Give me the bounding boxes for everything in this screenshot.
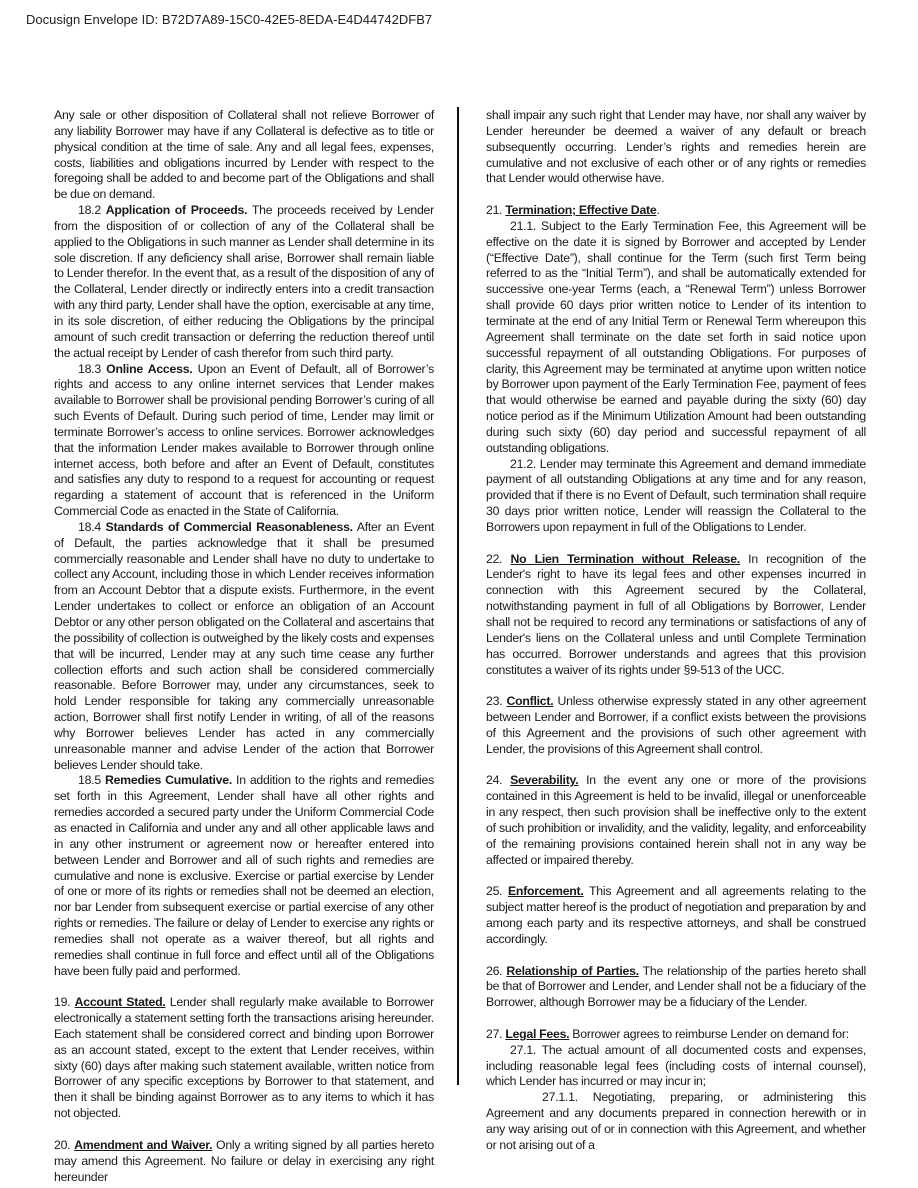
section-number: 19. [54,995,75,1009]
section-title-period: . [656,203,659,217]
section-20: 20. Amendment and Waiver. Only a writing… [54,1138,434,1186]
section-19: 19. Account Stated. Lender shall regular… [54,995,434,1122]
section-26: 26. Relationship of Parties. The relatio… [486,964,866,1012]
section-number: 22. [486,552,511,566]
section-number: 25. [486,884,508,898]
section-number: 23. [486,694,506,708]
section-title: Remedies Cumulative. [105,773,232,787]
section-18-4: 18.4 Standards of Commercial Reasonablen… [54,520,434,774]
right-column: shall impair any such right that Lender … [486,108,866,1154]
section-27-1-1: 27.1.1. Negotiating, preparing, or admin… [486,1090,866,1153]
section-title: Online Access. [106,362,192,376]
section-body: In recognition of the Lender's right to … [486,552,866,677]
section-title: Relationship of Parties. [506,964,638,978]
section-number: 18.3 [78,362,106,376]
section-number: 18.2 [78,203,106,217]
section-title: Termination; Effective Date [505,203,656,217]
section-number: 27. [486,1027,505,1041]
section-18-3: 18.3 Online Access. Upon an Event of Def… [54,362,434,520]
section-number: 26. [486,964,506,978]
section-22: 22. No Lien Termination without Release.… [486,552,866,679]
section-body: In addition to the rights and remedies s… [54,773,434,977]
continuation-paragraph: Any sale or other disposition of Collate… [54,108,434,203]
section-21-1: 21.1. Subject to the Early Termination F… [486,219,866,457]
section-body: The proceeds received by Lender from the… [54,203,434,360]
section-title: Application of Proceeds. [106,203,248,217]
section-title: Legal Fees. [505,1027,569,1041]
section-title: Enforcement. [508,884,584,898]
section-number: 24. [486,773,510,787]
section-title: Amendment and Waiver. [74,1138,212,1152]
section-body: Borrower agrees to reimburse Lender on d… [569,1027,849,1041]
continuation-paragraph: shall impair any such right that Lender … [486,108,866,187]
section-body: Upon an Event of Default, all of Borrowe… [54,362,434,519]
section-title: No Lien Termination without Release. [511,552,740,566]
section-18-5: 18.5 Remedies Cumulative. In addition to… [54,773,434,979]
section-number: 21. [486,203,505,217]
section-21-heading: 21. Termination; Effective Date. [486,203,866,219]
left-column: Any sale or other disposition of Collate… [54,108,434,1185]
section-number: 18.5 [78,773,105,787]
section-number: 20. [54,1138,74,1152]
column-divider [457,107,459,1085]
section-number: 18.4 [78,520,106,534]
section-18-2: 18.2 Application of Proceeds. The procee… [54,203,434,361]
section-title: Conflict. [506,694,553,708]
section-title: Standards of Commercial Reasonableness. [106,520,353,534]
section-24: 24. Severability. In the event any one o… [486,773,866,868]
section-23: 23. Conflict. Unless otherwise expressly… [486,694,866,757]
section-body: Lender shall regularly make available to… [54,995,434,1120]
docusign-envelope-id: Docusign Envelope ID: B72D7A89-15C0-42E5… [26,12,432,27]
section-27-1: 27.1. The actual amount of all documente… [486,1043,866,1091]
section-21-2: 21.2. Lender may terminate this Agreemen… [486,457,866,536]
section-body: After an Event of Default, the parties a… [54,520,434,772]
section-title: Account Stated. [75,995,166,1009]
section-27: 27. Legal Fees. Borrower agrees to reimb… [486,1027,866,1043]
section-25: 25. Enforcement. This Agreement and all … [486,884,866,947]
section-title: Severability. [510,773,578,787]
